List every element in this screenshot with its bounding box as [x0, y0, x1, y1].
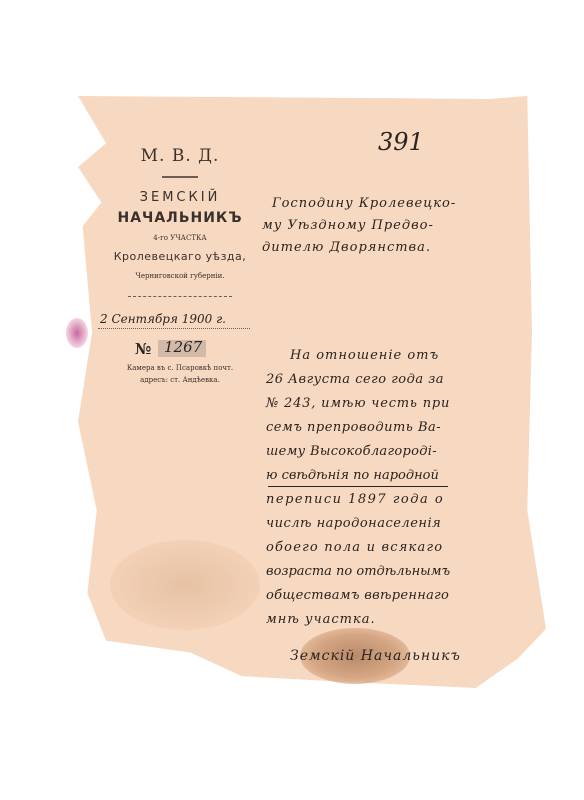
body-line-5: шему Высокоблагороді- — [266, 444, 437, 459]
registry-number: 391 — [378, 128, 424, 156]
body-line-7: переписи 1897 года о — [266, 492, 444, 507]
ornament-divider-2 — [128, 296, 232, 297]
addressee-line-1: Господину Кролевецко- — [272, 196, 456, 211]
number-label: № — [135, 340, 151, 358]
addressee-line-3: дителю Дворянства. — [262, 240, 431, 255]
body-line-4: семъ препроводить Ва- — [266, 420, 441, 435]
body-line-10: возраста по отдѣльнымъ — [266, 564, 450, 579]
age-stain — [110, 540, 260, 630]
title-line1: ЗЕМСКІЙ — [90, 190, 270, 205]
ink-stamp-mark — [66, 318, 88, 348]
date-underline — [98, 328, 250, 329]
body-line-1: На отношеніе отъ — [290, 348, 439, 363]
province-name: Черниговской губерніи. — [90, 272, 270, 280]
body-line-9: обоего пола и всякаго — [266, 540, 443, 555]
district-number: 4-го УЧАСТКА — [90, 234, 270, 242]
ministry-abbrev: М. В. Д. — [90, 146, 270, 166]
body-line-6: ю свѣдѣнія по народной — [266, 468, 439, 483]
body-line-3: № 243, имѣю честь при — [266, 396, 450, 411]
ornament-divider — [162, 176, 198, 178]
address-line2: адресъ: ст. Андѣевка. — [90, 376, 270, 384]
body-line-12: мнѣ участка. — [266, 612, 376, 627]
number-value: 1267 — [164, 338, 202, 356]
body-line-11: обществамъ ввѣреннаго — [266, 588, 449, 603]
county-name: Кролевецкаго уѣзда, — [90, 250, 270, 263]
title-line2: НАЧАЛЬНИКЪ — [90, 210, 270, 226]
body-line-8: числѣ народонаселенія — [266, 516, 441, 531]
body-line-2: 26 Августа сего года за — [266, 372, 444, 387]
signature: Земскій Начальникъ — [290, 648, 461, 664]
date-field: 2 Сентября 1900 г. — [100, 312, 226, 326]
strike-underline — [268, 486, 448, 487]
addressee-line-2: му Уѣздному Предво- — [262, 218, 434, 233]
address-line1: Камера въ с. Псаровкѣ почт. — [90, 364, 270, 372]
